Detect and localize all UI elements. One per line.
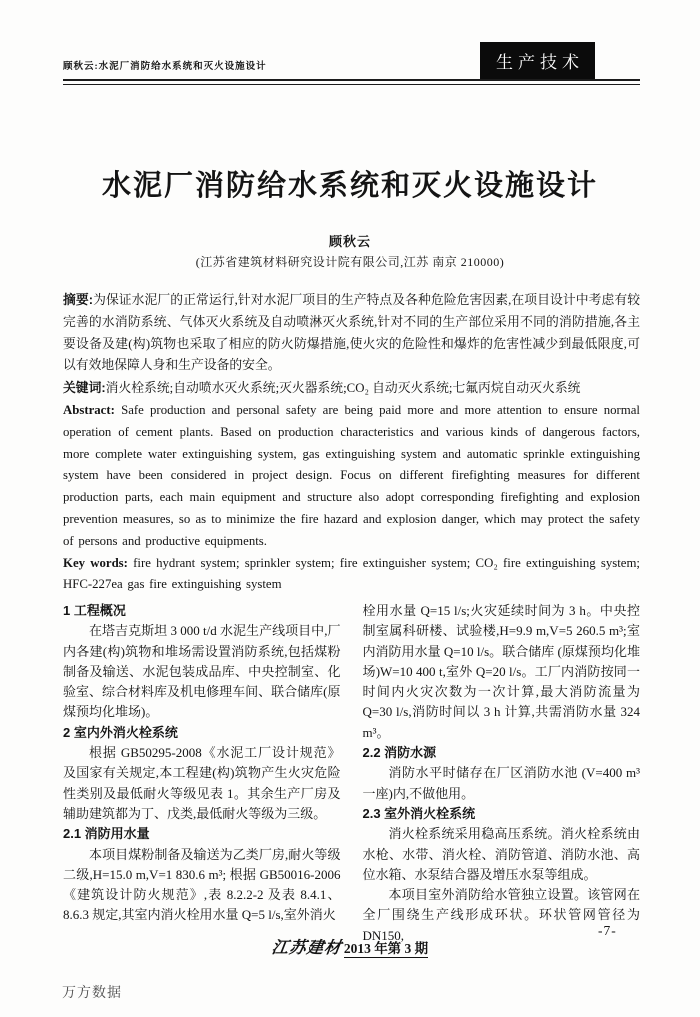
abstract-en-label: Abstract: xyxy=(63,403,115,417)
left-column: 1 工程概况 在塔吉克斯坦 3 000 t/d 水泥生产线项目中,厂内各建(构)… xyxy=(63,601,341,946)
keywords-en-text: fire hydrant system; sprinkler system; f… xyxy=(63,556,640,592)
keywords-cn-text: 消火栓系统;自动喷水灭火系统;灭火器系统;CO₂ 自动灭火系统;七氟丙烷自动灭火… xyxy=(106,381,581,395)
body-paragraph: 本项目煤粉制备及输送为乙类厂房,耐火等级二级,H=15.0 m,V=1 830.… xyxy=(63,845,341,926)
abstract-en-text: Safe production and personal safety are … xyxy=(63,403,640,548)
section-heading-2-2: 2.2 消防水源 xyxy=(363,743,641,763)
keywords-cn: 关键词:消火栓系统;自动喷水灭火系统;灭火器系统;CO₂ 自动灭火系统;七氟丙烷… xyxy=(63,377,640,400)
journal-footer: 江苏建材2013 年第 3 期 xyxy=(0,934,700,958)
body-paragraph: 消火栓系统采用稳高压系统。消火栓系统由水枪、水带、消火栓、消防管道、消防水池、高… xyxy=(363,824,641,885)
paper-page: 顾秋云:水泥厂消防给水系统和灭火设施设计 生产技术 水泥厂消防给水系统和灭火设施… xyxy=(0,0,700,1017)
author-affiliation: (江苏省建筑材料研究设计院有限公司,江苏 南京 210000) xyxy=(0,253,700,270)
wanfang-watermark: 万方数据 xyxy=(62,982,122,1002)
front-matter: 摘要:为保证水泥厂的正常运行,针对水泥厂项目的生产特点及各种危险危害因素,在项目… xyxy=(63,289,640,596)
header-rule xyxy=(63,79,640,85)
author-name: 顾秋云 xyxy=(0,231,700,250)
body-columns: 1 工程概况 在塔吉克斯坦 3 000 t/d 水泥生产线项目中,厂内各建(构)… xyxy=(63,601,640,946)
abstract-cn-label: 摘要: xyxy=(63,292,93,307)
section-badge: 生产技术 xyxy=(480,42,595,79)
right-column: 栓用水量 Q=15 l/s;火灾延续时间为 3 h。中央控制室属科研楼、试验楼,… xyxy=(363,601,641,946)
section-heading-1: 1 工程概况 xyxy=(63,601,341,621)
body-paragraph-continuation: 栓用水量 Q=15 l/s;火灾延续时间为 3 h。中央控制室属科研楼、试验楼,… xyxy=(363,601,641,743)
abstract-cn: 摘要:为保证水泥厂的正常运行,针对水泥厂项目的生产特点及各种危险危害因素,在项目… xyxy=(63,289,640,377)
keywords-en-label: Key words: xyxy=(63,556,128,570)
keywords-cn-label: 关键词: xyxy=(63,380,106,395)
running-head: 顾秋云:水泥厂消防给水系统和灭火设施设计 xyxy=(63,58,267,72)
abstract-cn-text: 为保证水泥厂的正常运行,针对水泥厂项目的生产特点及各种危险危害因素,在项目设计中… xyxy=(63,293,640,372)
keywords-en: Key words: fire hydrant system; sprinkle… xyxy=(63,553,640,597)
body-paragraph: 在塔吉克斯坦 3 000 t/d 水泥生产线项目中,厂内各建(构)筑物和堆场需设… xyxy=(63,621,341,722)
body-paragraph: 消防水平时储存在厂区消防水池 (V=400 m³ 一座)内,不做他用。 xyxy=(363,763,641,804)
section-heading-2-3: 2.3 室外消火栓系统 xyxy=(363,804,641,824)
journal-issue: 2013 年第 3 期 xyxy=(344,941,428,958)
body-paragraph: 根据 GB50295-2008《水泥工厂设计规范》及国家有关规定,本工程建(构)… xyxy=(63,743,341,824)
section-heading-2: 2 室内外消火栓系统 xyxy=(63,723,341,743)
abstract-en: Abstract: Safe production and personal s… xyxy=(63,400,640,553)
section-heading-2-1: 2.1 消防用水量 xyxy=(63,824,341,844)
journal-logo: 江苏建材 xyxy=(270,934,343,958)
paper-title: 水泥厂消防给水系统和灭火设施设计 xyxy=(0,163,700,204)
